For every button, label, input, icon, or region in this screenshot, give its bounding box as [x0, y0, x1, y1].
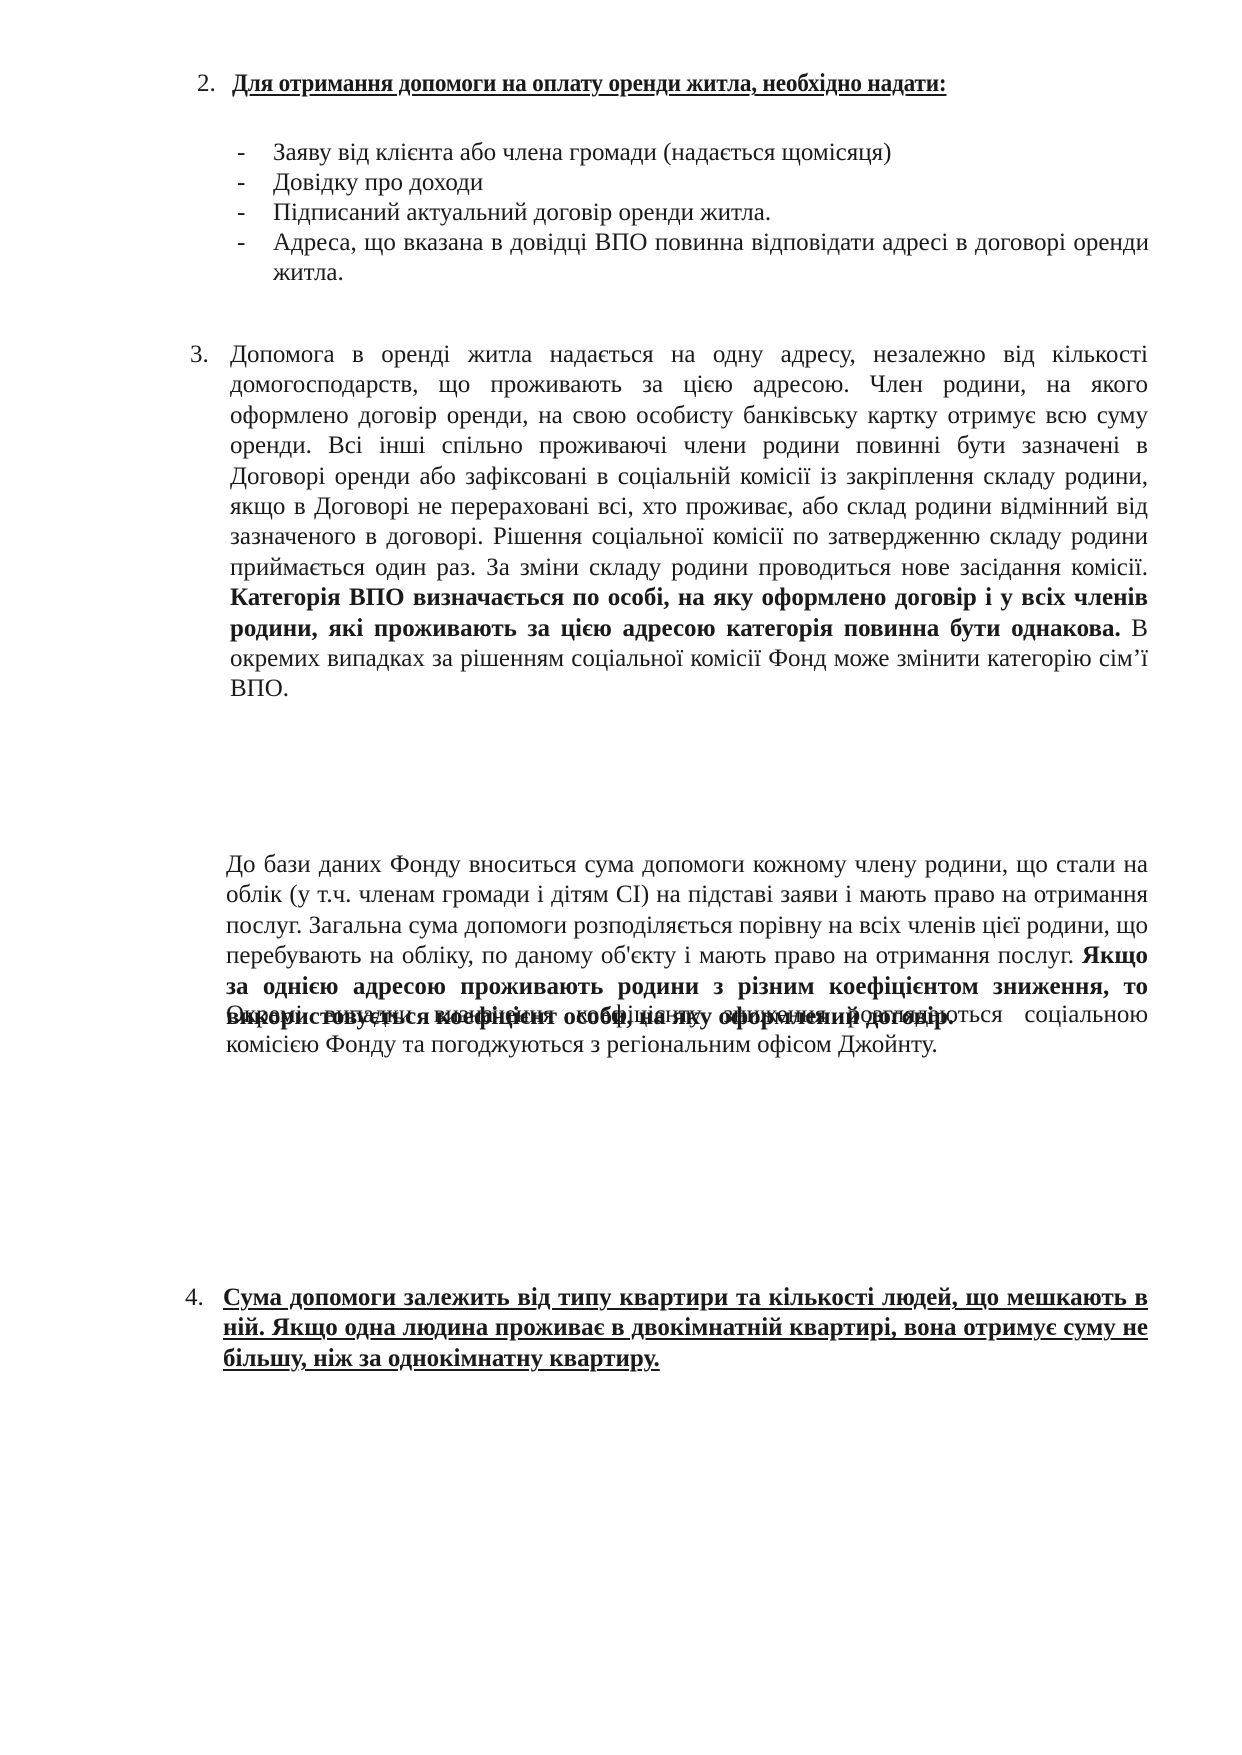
paragraph-text: Допомога в оренді житла надається на одн…	[230, 341, 1148, 581]
list-item: -Заяву від клієнта або члена громади (на…	[237, 138, 1149, 168]
section-2-heading: Для отримання допомоги на оплату оренди …	[232, 68, 1088, 100]
list-item: -Довідку про доходи	[237, 168, 1149, 198]
bullet-dash: -	[237, 138, 245, 168]
list-item-text: Підписаний актуальний договір оренди жит…	[273, 199, 771, 226]
section-3-paragraph-3: Окремі випадки визначення коефіцієнту зн…	[226, 1000, 1148, 1061]
required-documents-list: -Заяву від клієнта або члена громади (на…	[237, 138, 1149, 288]
list-item: -Адреса, що вказана в довідці ВПО повинн…	[237, 228, 1149, 288]
list-item-text: Адреса, що вказана в довідці ВПО повинна…	[273, 229, 1149, 286]
list-item-text: Довідку про доходи	[273, 169, 483, 196]
paragraph-text: До бази даних Фонду вноситься сума допом…	[226, 851, 1148, 969]
section-4-paragraph: Сума допомоги залежить від типу квартири…	[223, 1283, 1148, 1374]
bullet-dash: -	[237, 168, 245, 198]
section-3-number: 3.	[190, 340, 209, 370]
list-item-text: Заяву від клієнта або члена громади (над…	[273, 139, 891, 166]
bullet-dash: -	[237, 198, 245, 228]
section-4-number: 4.	[185, 1283, 204, 1313]
document-page: 2. Для отримання допомоги на оплату орен…	[0, 0, 1242, 1755]
bullet-dash: -	[237, 228, 245, 258]
list-item: -Підписаний актуальний договір оренди жи…	[237, 198, 1149, 228]
section-2-number: 2.	[197, 69, 216, 99]
section-4-underlined-text: Сума допомоги залежить від типу квартири…	[223, 1284, 1148, 1372]
section-3-paragraph-1: Допомога в оренді житла надається на одн…	[230, 340, 1148, 705]
paragraph-bold-text: Категорія ВПО визначається по особі, на …	[230, 584, 1148, 641]
